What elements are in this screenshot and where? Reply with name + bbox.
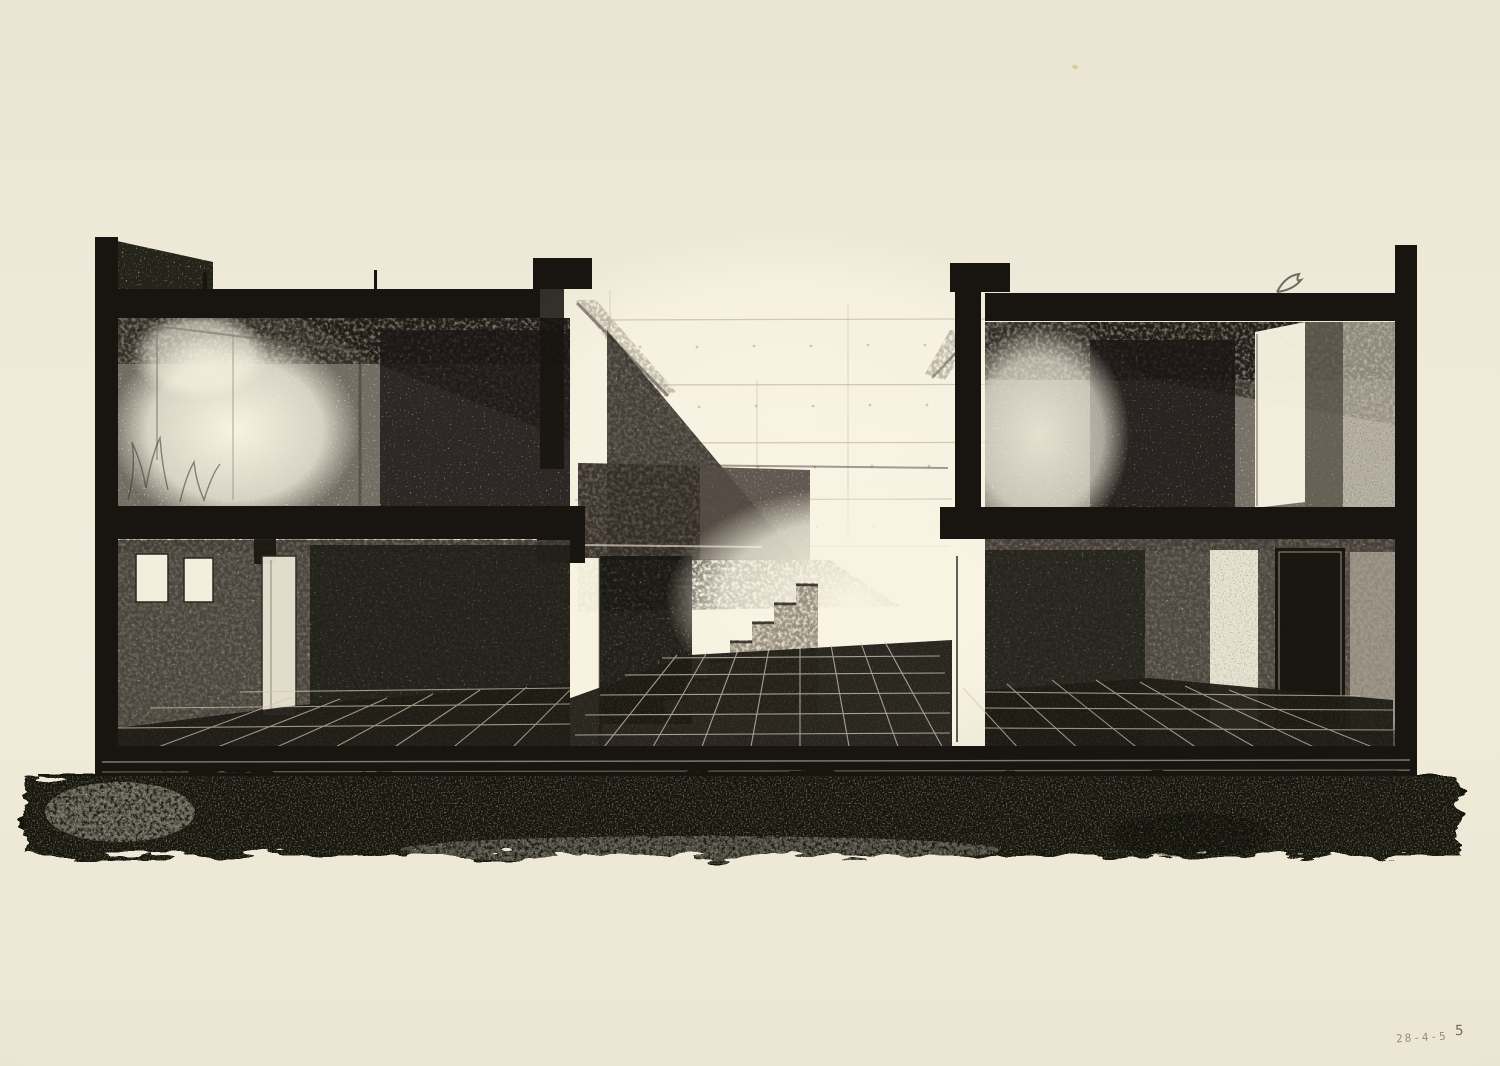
plate-annotation: 28-4-5 xyxy=(1396,1030,1448,1046)
page-number: 5 xyxy=(1455,1023,1464,1039)
artwork-photo: 28-4-5 5 xyxy=(0,0,1500,1066)
ground-group xyxy=(24,746,1460,864)
section-drawing-svg xyxy=(0,0,1500,1066)
left-block-group xyxy=(95,237,592,775)
right-block-group xyxy=(940,245,1417,750)
